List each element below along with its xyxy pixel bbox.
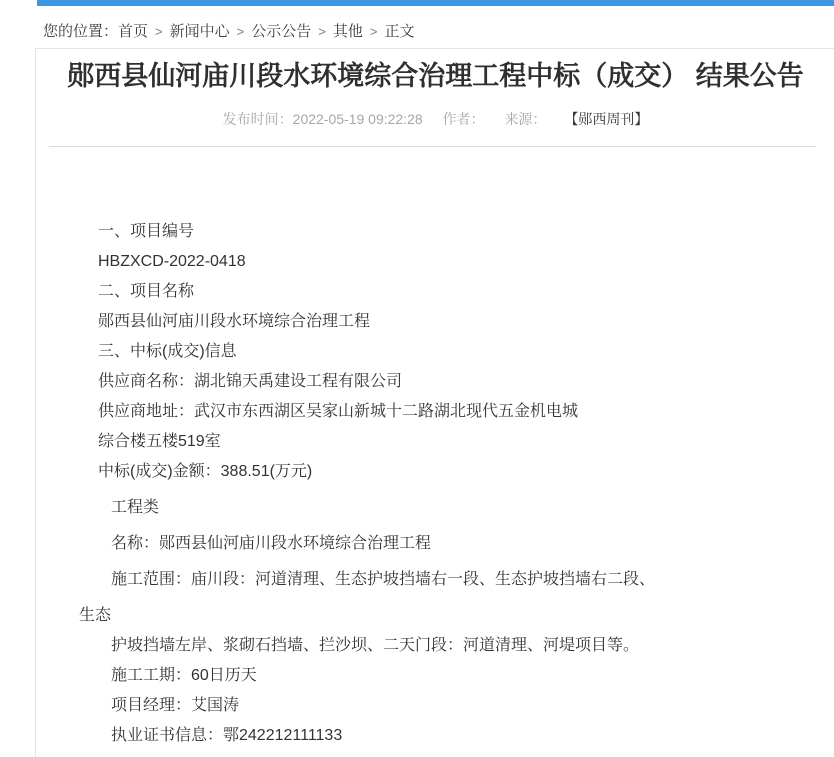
body-line-project-number: HBZXCD-2022-0418 <box>98 247 834 277</box>
publish-time-value: 2022-05-19 09:22:28 <box>293 111 423 127</box>
body-line-supplier-address: 供应商地址：武汉市东西湖区吴家山新城十二路湖北现代五金机电城 <box>98 397 834 427</box>
article-meta: 发布时间：2022-05-19 09:22:28 作者： 来源： 【郧西周刊】 <box>36 110 834 128</box>
body-line-work-name: 名称：郧西县仙河庙川段水环境综合治理工程 <box>111 529 834 559</box>
breadcrumb-separator: > <box>370 24 378 39</box>
body-line-work-scope-continued: 护坡挡墙左岸、浆砌石挡墙、拦沙坝、二天门段：河道清理、河堤项目等。 <box>111 631 834 661</box>
body-line-project-category: 工程类 <box>111 493 834 523</box>
body-line-license-info: 执业证书信息：鄂242212111133 <box>111 721 834 751</box>
body-line-work-scope: 施工范围：庙川段：河道清理、生态护坡挡墙右一段、生态护坡挡墙右二段、 <box>111 565 834 595</box>
body-line-project-name: 郧西县仙河庙川段水环境综合治理工程 <box>98 307 834 337</box>
body-line-award-amount: 中标(成交)金额：388.51(万元) <box>98 457 834 487</box>
meta-divider <box>49 146 816 147</box>
top-accent-bar <box>37 0 834 6</box>
author-label: 作者： <box>443 111 485 127</box>
breadcrumb-separator: > <box>237 24 245 39</box>
body-line-work-scope-wrap: 生态 <box>79 601 834 631</box>
body-line-construction-period: 施工工期：60日历天 <box>111 661 834 691</box>
body-line-supplier-name: 供应商名称：湖北锦天禹建设工程有限公司 <box>98 367 834 397</box>
body-line-section-1-heading: 一、项目编号 <box>98 217 834 247</box>
breadcrumb-separator: > <box>318 24 326 39</box>
body-line-section-2-heading: 二、项目名称 <box>98 277 834 307</box>
body-line-project-manager: 项目经理：艾国涛 <box>111 691 834 721</box>
article-title: 郧西县仙河庙川段水环境综合治理工程中标（成交） 结果公告 <box>46 58 825 94</box>
breadcrumb-item-home[interactable]: 首页 <box>118 23 148 40</box>
article-container: 郧西县仙河庙川段水环境综合治理工程中标（成交） 结果公告 发布时间：2022-0… <box>35 48 834 757</box>
breadcrumb-item-current: 正文 <box>384 23 414 40</box>
breadcrumb-separator: > <box>155 24 163 39</box>
article-body: 一、项目编号 HBZXCD-2022-0418 二、项目名称 郧西县仙河庙川段水… <box>36 217 834 751</box>
breadcrumb: 您的位置：首页>新闻中心>公示公告>其他>正文 <box>43 22 414 42</box>
breadcrumb-label: 您的位置： <box>43 23 118 40</box>
breadcrumb-item-news-center[interactable]: 新闻中心 <box>170 23 230 40</box>
page: { "theme": { "accent": "#3b96e3", "text"… <box>0 0 834 757</box>
source-value: 【郧西周刊】 <box>564 111 648 127</box>
source-label: 来源： <box>504 111 546 127</box>
body-line-supplier-address-wrap: 综合楼五楼519室 <box>98 427 834 457</box>
publish-time-label: 发布时间： <box>223 111 293 127</box>
breadcrumb-item-public-notices[interactable]: 公示公告 <box>251 23 311 40</box>
body-line-section-3-heading: 三、中标(成交)信息 <box>98 337 834 367</box>
breadcrumb-item-other[interactable]: 其他 <box>333 23 363 40</box>
